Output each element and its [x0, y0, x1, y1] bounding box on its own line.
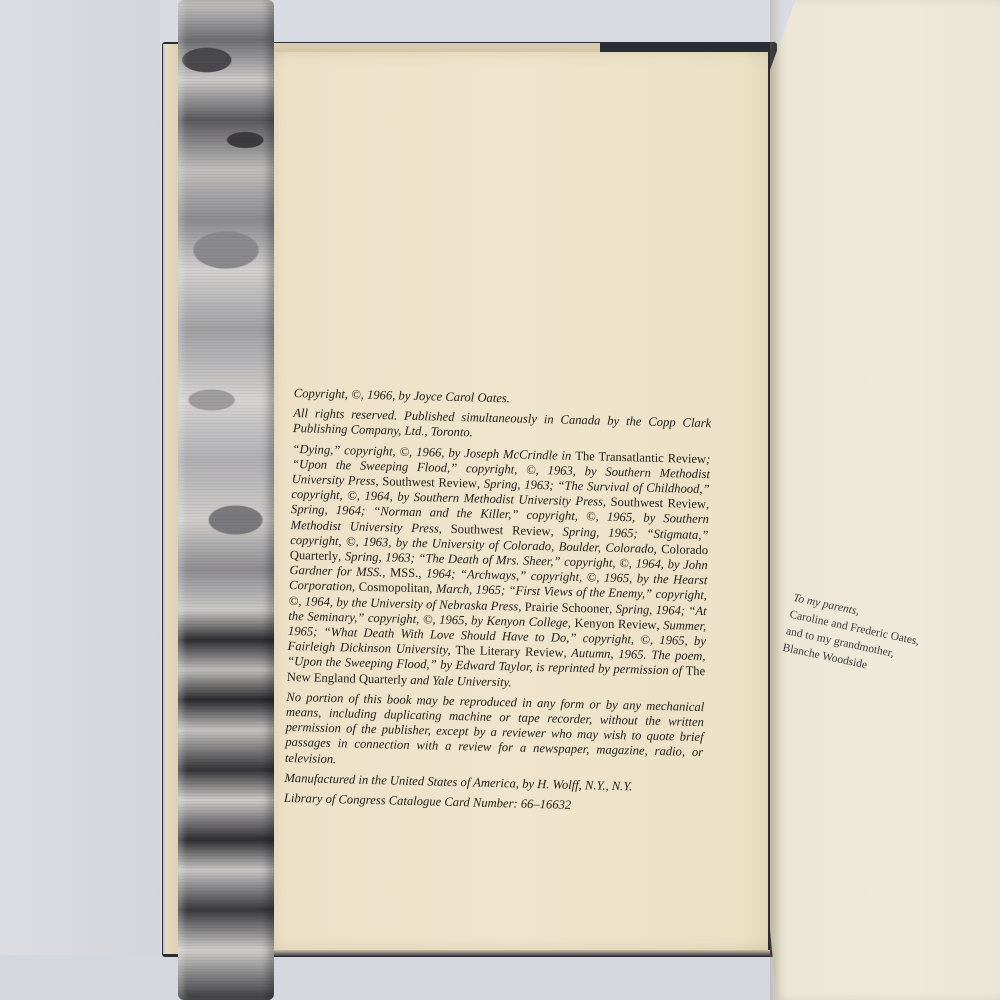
publication-title: The Literary Review — [455, 643, 563, 660]
dedication-page — [770, 0, 1000, 1000]
publication-title: Southwest Review — [610, 495, 706, 511]
text-italic: and Yale University. — [407, 673, 512, 690]
publication-title: Southwest Review — [451, 522, 551, 538]
copyright-paragraph: “Dying,” copyright, ©, 1966, by Joseph M… — [287, 442, 711, 695]
text-italic: No portion of this book may be reproduce… — [285, 690, 705, 766]
publication-title: Prairie Schooner — [525, 599, 610, 615]
publication-title: Southwest Review — [382, 474, 477, 490]
text-italic: Manufactured in the United States of Ame… — [284, 771, 632, 794]
publication-title: Kenyon Review — [574, 616, 656, 632]
text-italic: Library of Congress Catalogue Card Numbe… — [284, 791, 572, 812]
publication-title: Cosmopolitan — [359, 580, 430, 596]
copyright-text-block: Copyright, ©, 1966, by Joyce Carol Oates… — [284, 386, 712, 821]
publication-title: MSS. — [390, 566, 419, 581]
copyright-paragraph: No portion of this book may be reproduce… — [285, 690, 705, 776]
background-surface — [0, 0, 160, 1000]
copyright-paragraph: Library of Congress Catalogue Card Numbe… — [284, 791, 702, 816]
copyright-paragraph: All rights reserved. Published simultane… — [293, 406, 712, 447]
page-bottom-edge — [258, 950, 770, 956]
marbled-spine — [178, 0, 274, 1000]
publication-title: The Transatlantic Review — [575, 449, 706, 466]
text-italic: All rights reserved. Published simultane… — [293, 406, 712, 440]
page-gutter-shadow — [770, 0, 782, 1000]
